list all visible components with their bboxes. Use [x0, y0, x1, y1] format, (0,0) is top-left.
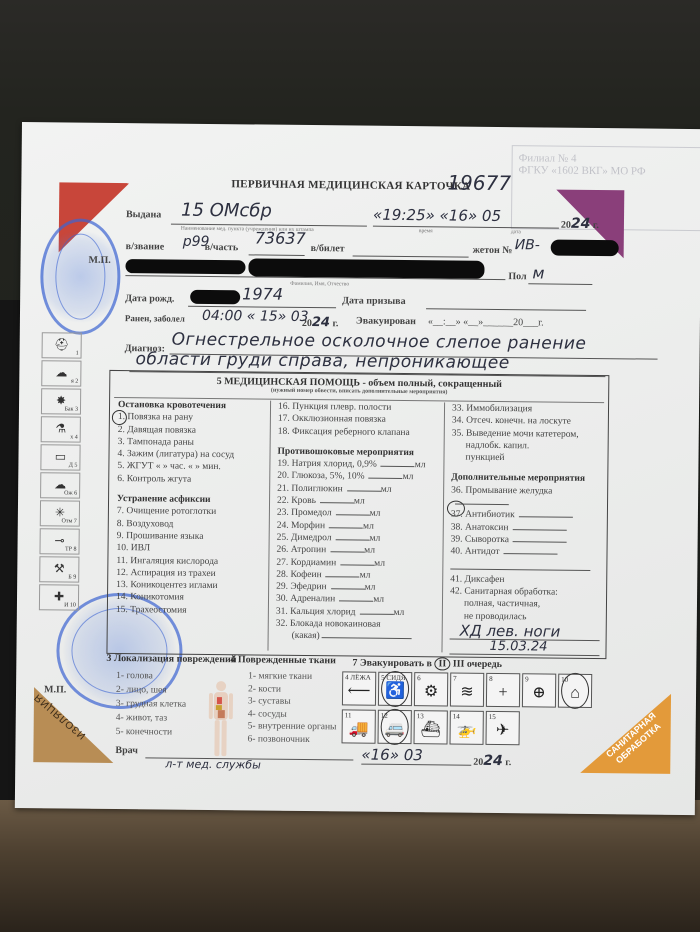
localization-item: 5- конечности [116, 725, 186, 740]
tissue-item: 5- внутренние органы [248, 720, 337, 733]
unit-ml: мл [364, 546, 375, 556]
unit-ml: мл [365, 583, 376, 593]
wounded-day-value: 15 [260, 309, 278, 325]
handwritten-note-2: 15.03.24 [449, 640, 599, 657]
unit-label: в/часть [205, 242, 239, 253]
evacuated-label: Эвакуирован [356, 316, 416, 328]
wounded-time-value: 04:00 [202, 308, 243, 324]
item-32-which: (какая) [292, 631, 320, 641]
issued-year-suffix: 24 [571, 216, 591, 232]
footer-date: «16» 03 [361, 746, 423, 765]
dob-value: 1974 [242, 284, 283, 303]
unit-ml: мл [403, 472, 414, 482]
ambulance-icon: 12🚐 [378, 710, 412, 744]
time-hint: время [419, 228, 433, 234]
dob-label: Дата рожд. [125, 293, 174, 305]
unit-ml: мл [360, 570, 371, 580]
unit-ml: мл [369, 534, 380, 544]
house-plus-icon: 10⌂ [558, 674, 592, 708]
redaction-name-1 [125, 259, 245, 274]
circle-mark-item-1 [112, 410, 127, 425]
asphyxia-item: 7. Очищение ротоглотки [117, 505, 267, 519]
tissue-item: 4- сосуды [248, 708, 337, 721]
unit-ml: мл [370, 509, 381, 519]
tissue-item: 2- кости [248, 683, 337, 696]
human-body-diagram [205, 679, 236, 759]
section4-list: 1- мягкие ткани2- кости3- суставы4- сосу… [247, 670, 337, 746]
section4-title: 4 Поврежденные ткани [230, 654, 336, 666]
section-medical-help: 5 МЕДИЦИНСКАЯ ПОМОЩЬ - объем полный, сок… [106, 370, 609, 659]
double-circle-plus-icon: 9⊕ [522, 673, 556, 707]
unit-value: 73637 [255, 228, 306, 248]
unit-ml: мл [363, 521, 374, 531]
evacuation-transport-grid: 4 ЛЁЖА⟵5 СИДЯ♿6⚙7≋8+9⊕10⌂11🚚12🚐13⛴14🚁15✈ [341, 671, 612, 754]
trauma-icon: ⊸ТР 8 [39, 528, 79, 554]
issued-day-value: 16 [449, 206, 468, 224]
queue-other: III очередь [453, 659, 502, 671]
antishock-item: 26. Атропинмл [276, 544, 436, 558]
doctor-label: Врач [115, 745, 138, 756]
issued-time: «19:25» «16» 05 [373, 206, 501, 225]
section5-column-1: Остановка кровотечения 1. Повязка на ран… [116, 399, 268, 618]
unit-ml: мл [374, 558, 385, 568]
wounded-year-suffix: 24 [312, 315, 330, 330]
tissue-item: 6- позвоночник [247, 733, 336, 746]
official-stamp-top [40, 218, 121, 335]
unit-ml: мл [415, 460, 426, 470]
bone-icon: ⚒Б 9 [39, 556, 79, 582]
procedure-item: 34. Отсеч. конечн. на лоскуте [452, 415, 602, 429]
doctor-signature: л-т мед. службы [165, 758, 261, 772]
handwritten-note-1: ХД лев. ноги [450, 623, 600, 642]
asphyxia-item: 10. ИВЛ [116, 542, 266, 556]
table-surface [0, 800, 700, 932]
infection-icon: ✚И 10 [39, 584, 79, 610]
helmet-icon: ⛑1 [42, 332, 82, 358]
ship-icon: 13⛴ [414, 710, 448, 744]
queue-circled: II [434, 657, 450, 670]
bacteria-icon: ✸Бак 3 [41, 388, 81, 414]
footer-year: 2024 г. [473, 753, 511, 769]
localization-item: 2- лицо, шея [116, 683, 186, 698]
stretcher-icon: 4 ЛЁЖА⟵ [342, 671, 376, 705]
medical-card: Филиал № 4 ФГКУ «1602 ВКГ» МО РФ ИЗОЛЯЦИ… [15, 122, 700, 815]
procedure-item: пункцией [451, 452, 601, 466]
diagnosis-line2: области груди справа, непроникающее [135, 349, 509, 373]
document-title: ПЕРВИЧНАЯ МЕДИЦИНСКАЯ КАРТОЧКА [231, 178, 470, 193]
sex-label: Пол [508, 271, 526, 282]
circle-plus-icon: 8+ [486, 673, 520, 707]
dosimeter-icon: ▭Д 5 [40, 444, 80, 470]
date-hint: дата [511, 229, 521, 235]
redaction-token [551, 240, 619, 257]
name-hint: Фамилия, Имя, Отчество [290, 281, 349, 288]
burn-icon: ☁Ож 6 [40, 472, 80, 498]
tissue-item: 3- суставы [248, 695, 337, 708]
localization-item: 3- грудная клетка [116, 697, 186, 712]
ghost-stamp-line2: ФГКУ «1602 ВКГ» МО РФ [518, 164, 700, 178]
tissue-item: 1- мягкие ткани [248, 670, 337, 683]
footer-month: 03 [404, 746, 423, 764]
section7-prefix: 7 Эвакуировать в [352, 657, 432, 669]
bleeding-item: 1. Повязка на рану [118, 411, 268, 425]
mp-label-top: М.П. [88, 255, 110, 266]
additional-item: 36. Промывание желудка [451, 484, 601, 510]
token-label: жетон № [473, 245, 513, 256]
redaction-dob [190, 290, 240, 305]
unit-ml: мл [354, 497, 365, 507]
circle-mark-item-37 [447, 500, 465, 516]
section5-column-3: 33. Иммобилизация34. Отсеч. конечн. на л… [449, 403, 602, 657]
localization-item: 4- живот, таз [116, 711, 186, 726]
procedure-item: 18. Фиксация реберного клапана [278, 425, 438, 439]
issued-month-value: 05 [482, 207, 501, 225]
wounded-time: 04:00 « 15» 03 [202, 308, 309, 325]
airplane-icon: 15✈ [486, 711, 520, 745]
issued-by-value: 15 ОМсбр [181, 200, 272, 222]
footer-day: 16 [371, 746, 390, 764]
frostbite-icon: ✳Отм 7 [40, 500, 80, 526]
helicopter-icon: 14🚁 [450, 711, 484, 745]
issued-time-value: 19:25 [382, 206, 425, 224]
wounded-label: Ранен, заболел [125, 313, 185, 324]
additional-item: 37. Антибиотик [451, 509, 601, 523]
token-value: ИВ- [515, 237, 540, 253]
draft-label: Дата призыва [342, 295, 406, 307]
ticket-label: в/билет [311, 243, 345, 254]
section3-title: 3 Локализация повреждений [106, 653, 236, 665]
truck-icon: 11🚚 [342, 709, 376, 743]
footer-year-suffix: 24 [483, 753, 503, 769]
unit-ml: мл [373, 595, 384, 605]
mp-label-bottom: М.П. [44, 684, 66, 695]
section7-title: 7 Эвакуировать в II III очередь [352, 657, 502, 670]
asphyxia-item: 15. Трахеостомия [116, 604, 266, 618]
issued-label: Выдана [126, 209, 161, 220]
section3-list: 1- голова2- лицо, шея3- грудная клетка4-… [116, 669, 187, 740]
unit-ml: мл [381, 485, 392, 495]
injury-type-icons: ⛑1☁я 2✸Бак 3⚗х 4▭Д 5☁Ож 6✳Отм 7⊸ТР 8⚒Б 9… [39, 332, 82, 612]
wounded-year: 2024 г. [302, 315, 339, 330]
localization-item: 1- голова [116, 669, 186, 684]
unit-ml: мл [393, 608, 404, 618]
rank-label: в/звание [126, 241, 165, 252]
sex-value: м [532, 263, 544, 282]
card-number: 19677 [447, 170, 511, 195]
chemical-icon: ⚗х 4 [41, 416, 81, 442]
issued-year: 2024 г. [561, 216, 599, 232]
procedure-item: 17. Окклюзионная повязка [278, 413, 438, 427]
evacuated-blank: «__:__» «__»______20___г. [428, 316, 544, 328]
bleeding-item: 6. Контроль жгута [117, 473, 267, 487]
rail-icon: 6⚙ [414, 672, 448, 706]
sitting-icon: 5 СИДЯ♿ [378, 672, 412, 706]
boat-bed-icon: 7≋ [450, 673, 484, 707]
section5-column-2: 16. Пункция плевр. полости17. Окклюзионн… [276, 401, 439, 644]
nuclear-icon: ☁я 2 [41, 360, 81, 386]
